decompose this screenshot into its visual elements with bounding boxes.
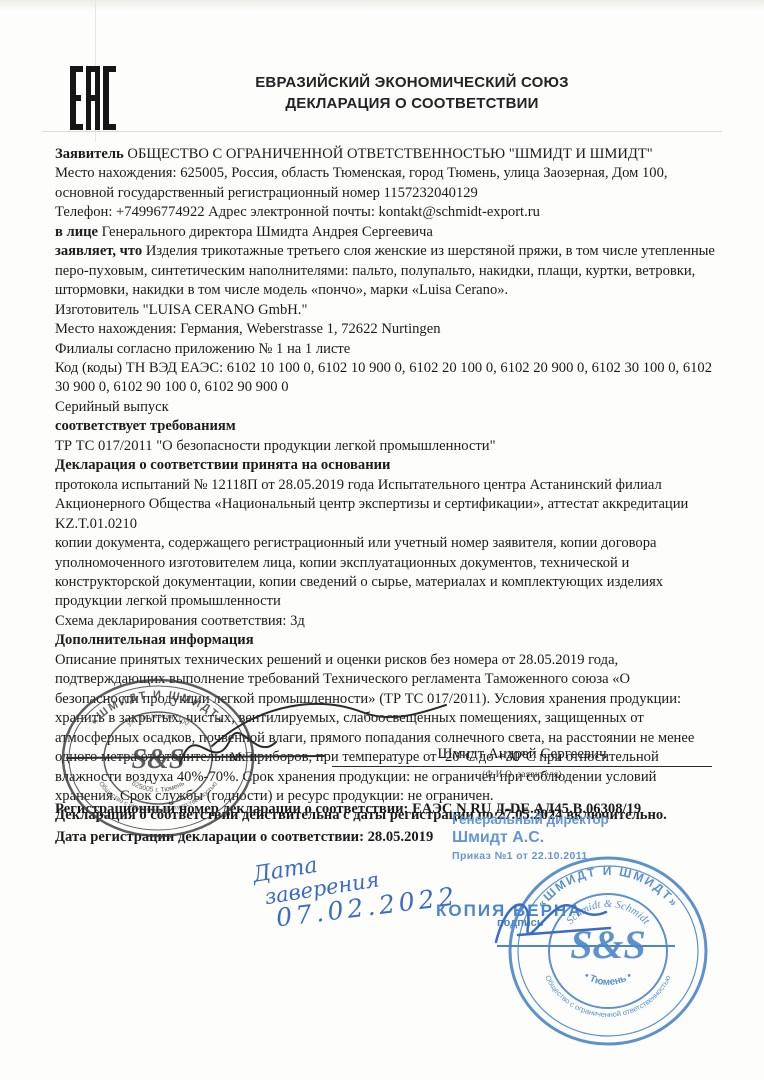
director-title: Генеральный директор — [452, 812, 609, 827]
scan-artifact-top — [0, 0, 764, 10]
heading-complies: соответствует требованиям — [55, 417, 717, 436]
heading-basis: Декларация о соответствии принята на осн… — [55, 456, 717, 475]
paragraph-applicant: Заявитель ОБЩЕСТВО С ОГРАНИЧЕННОЙ ОТВЕТС… — [55, 145, 717, 164]
blue-seal-city: • Тюмень • — [582, 970, 635, 988]
declaration-document: ЕВРАЗИЙСКИЙ ЭКОНОМИЧЕСКИЙ СОЮЗ ДЕКЛАРАЦИ… — [0, 0, 764, 1080]
handwritten-certification-date: Дата заверения 07.02.2022 — [251, 833, 459, 938]
header-divider — [42, 131, 722, 132]
director-name: Шмидт А.С. — [452, 829, 609, 847]
paragraph-branches: Филиалы согласно приложению № 1 на 1 лис… — [55, 340, 717, 359]
document-header: ЕВРАЗИЙСКИЙ ЭКОНОМИЧЕСКИЙ СОЮЗ ДЕКЛАРАЦИ… — [120, 72, 704, 114]
paragraph-test-report: протокола испытаний № 12118П от 28.05.20… — [55, 476, 717, 534]
paragraph-declares: заявляет, что Изделия трикотажные третье… — [55, 242, 717, 300]
eac-logo — [70, 66, 116, 130]
svg-text:• Тюмень •: • Тюмень • — [582, 970, 635, 988]
paragraph-regulation: ТР ТС 017/2011 "О безопасности продукции… — [55, 437, 717, 456]
document-title: ДЕКЛАРАЦИЯ О СООТВЕТСТВИИ — [120, 93, 704, 114]
paragraph-serial: Серийный выпуск — [55, 398, 717, 417]
paragraph-hs-codes: Код (коды) ТН ВЭД ЕАЭС: 6102 10 100 0, 6… — [55, 359, 717, 398]
applicant-signature-ink — [62, 690, 452, 785]
union-title: ЕВРАЗИЙСКИЙ ЭКОНОМИЧЕСКИЙ СОЮЗ — [120, 72, 704, 93]
paragraph-manufacturer-address: Место нахождения: Германия, Weberstrasse… — [55, 320, 717, 339]
paragraph-scheme: Схема декларирования соответствия: 3д — [55, 612, 717, 631]
heading-additional-info: Дополнительная информация — [55, 631, 717, 650]
paragraph-manufacturer: Изготовитель "LUISA CERANO GmbH." — [55, 301, 717, 320]
paragraph-represented-by: в лице Генерального директора Шмидта Анд… — [55, 223, 717, 242]
paragraph-documents: копии документа, содержащего регистрацио… — [55, 534, 717, 612]
paragraph-contacts: Телефон: +74996774922 Адрес электронной … — [55, 203, 717, 222]
copy-signature-ink — [488, 880, 628, 955]
paragraph-applicant-address: Место нахождения: 625005, Россия, област… — [55, 164, 717, 203]
